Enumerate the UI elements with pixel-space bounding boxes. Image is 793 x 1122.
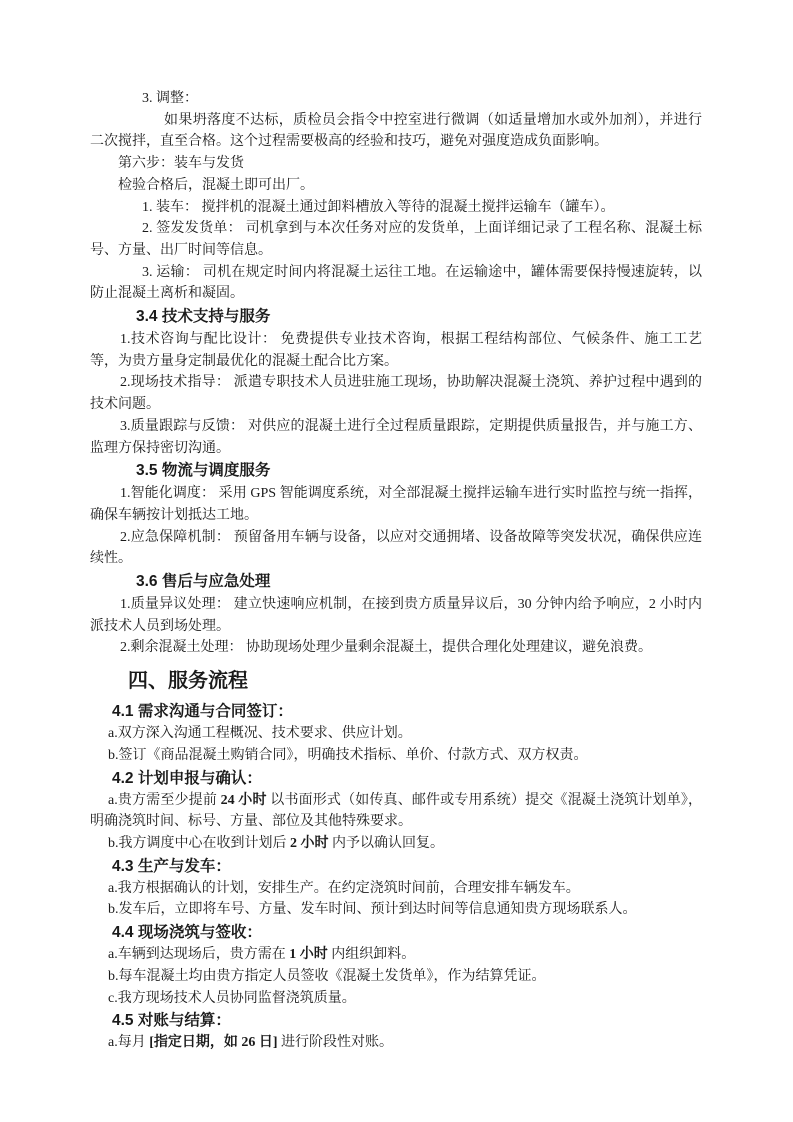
text-run: b.每车混凝土均由贵方指定人员签收《混凝土发货单》，作为结算凭证。 [108,969,546,984]
text-run: 3.质量跟踪与反馈： 对供应的混凝土进行全过程质量跟踪，定期提供质量报告，并与施… [90,419,702,456]
text-run: b.发车后，立即将车号、方量、发车时间、预计到达时间等信息通知贵方现场联系人。 [108,902,637,917]
text-run: c.我方现场技术人员协同监督浇筑质量。 [108,991,356,1006]
section-heading: 4.2 计划申报与确认： [90,767,702,790]
section-heading: 4.3 生产与发车： [90,855,702,878]
paragraph: 第六步：装车与发货 [90,153,702,175]
text-run: 2.现场技术指导： 派遣专职技术人员进驻施工现场，协助解决混凝土浇筑、养护过程中… [90,375,702,412]
paragraph: a.车辆到达现场后，贵方需在 1 小时 内组织卸料。 [90,944,702,966]
paragraph: 2.剩余混凝土处理： 协助现场处理少量剩余混凝土，提供合理化处理建议，避免浪费。 [90,637,702,659]
section-heading: 四、服务流程 [90,667,702,695]
paragraph: 检验合格后，混凝土即可出厂。 [90,175,702,197]
paragraph: a.每月 [指定日期，如 26 日] 进行阶段性对账。 [90,1032,702,1054]
paragraph: 1.质量异议处理： 建立快速响应机制，在接到贵方质量异议后，30 分钟内给予响应… [90,594,702,637]
text-run: 内予以确认回复。 [329,836,445,851]
text-run: 4.4 现场浇筑与签收： [112,924,262,941]
paragraph: 1.技术咨询与配比设计： 免费提供专业技术咨询，根据工程结构部位、气候条件、施工… [90,329,702,372]
paragraph: b.签订《商品混凝土购销合同》，明确技术指标、单价、付款方式、双方权责。 [90,745,702,767]
section-heading: 4.1 需求沟通与合同签订： [90,700,702,723]
emphasized-text-run: [指定日期，如 26 日] [149,1035,277,1050]
text-run: 1.智能化调度： 采用 GPS 智能调度系统，对全部混凝土搅拌运输车进行实时监控… [90,486,702,523]
text-run: b.签订《商品混凝土购销合同》，明确技术指标、单价、付款方式、双方权责。 [108,748,588,763]
paragraph: 3.质量跟踪与反馈： 对供应的混凝土进行全过程质量跟踪，定期提供质量报告，并与施… [90,416,702,459]
text-run: 4.1 需求沟通与合同签订： [112,703,293,720]
paragraph: 2. 签发发货单： 司机拿到与本次任务对应的发货单，上面详细记录了工程名称、混凝… [90,218,702,261]
section-heading: 3.6 售后与应急处理 [90,570,702,594]
text-run: a.双方深入沟通工程概况、技术要求、供应计划。 [108,726,412,741]
text-run: a.车辆到达现场后，贵方需在 [108,947,289,962]
text-run: 四、服务流程 [128,670,248,692]
section-heading: 4.5 对账与结算： [90,1009,702,1032]
paragraph: 1.智能化调度： 采用 GPS 智能调度系统，对全部混凝土搅拌运输车进行实时监控… [90,483,702,526]
emphasized-text-run: 1 小时 [289,947,328,962]
text-run: a.我方根据确认的计划，安排生产。在约定浇筑时间前，合理安排车辆发车。 [108,881,580,896]
paragraph: b.发车后，立即将车号、方量、发车时间、预计到达时间等信息通知贵方现场联系人。 [90,899,702,921]
text-run: 4.5 对账与结算： [112,1012,231,1029]
text-run: 检验合格后，混凝土即可出厂。 [118,178,314,193]
text-run: 1.技术咨询与配比设计： 免费提供专业技术咨询，根据工程结构部位、气候条件、施工… [90,332,702,369]
paragraph: 1. 装车： 搅拌机的混凝土通过卸料槽放入等待的混凝土搅拌运输车（罐车）。 [90,197,702,219]
text-run: 2.剩余混凝土处理： 协助现场处理少量剩余混凝土，提供合理化处理建议，避免浪费。 [120,640,652,655]
text-run: 内组织卸料。 [328,947,416,962]
text-run: 3.6 售后与应急处理 [136,573,270,590]
text-run: 1.质量异议处理： 建立快速响应机制，在接到贵方质量异议后，30 分钟内给予响应… [90,597,702,634]
emphasized-text-run: 24 小时 [221,793,267,808]
paragraph: 2.现场技术指导： 派遣专职技术人员进驻施工现场，协助解决混凝土浇筑、养护过程中… [90,372,702,415]
text-run: 4.2 计划申报与确认： [112,770,262,787]
text-run: 第六步：装车与发货 [118,156,244,171]
paragraph: 如果坍落度不达标，质检员会指令中控室进行微调（如适量增加水或外加剂），并进行二次… [90,110,702,153]
paragraph: a.双方深入沟通工程概况、技术要求、供应计划。 [90,723,702,745]
emphasized-text-run: 2 小时 [290,836,329,851]
text-run: 3. 运输： 司机在规定时间内将混凝土运往工地。在运输途中，罐体需要保持慢速旋转… [90,265,702,302]
section-heading: 4.4 现场浇筑与签收： [90,921,702,944]
text-run: 3. 调整： [142,91,198,106]
paragraph: c.我方现场技术人员协同监督浇筑质量。 [90,988,702,1010]
section-heading: 3.5 物流与调度服务 [90,459,702,483]
text-run: 3.4 技术支持与服务 [136,308,270,325]
paragraph: 3. 运输： 司机在规定时间内将混凝土运往工地。在运输途中，罐体需要保持慢速旋转… [90,262,702,305]
section-heading: 3.4 技术支持与服务 [90,305,702,329]
document-content: 3. 调整：如果坍落度不达标，质检员会指令中控室进行微调（如适量增加水或外加剂）… [90,88,702,1054]
paragraph: b.每车混凝土均由贵方指定人员签收《混凝土发货单》，作为结算凭证。 [90,966,702,988]
paragraph: b.我方调度中心在收到计划后 2 小时 内予以确认回复。 [90,833,702,855]
text-run: a.贵方需至少提前 [108,793,221,808]
text-run: 3.5 物流与调度服务 [136,462,270,479]
paragraph: 3. 调整： [90,88,702,110]
text-run: 2. 签发发货单： 司机拿到与本次任务对应的发货单，上面详细记录了工程名称、混凝… [90,221,702,258]
text-run: 2.应急保障机制： 预留备用车辆与设备，以应对交通拥堵、设备故障等突发状况，确保… [90,530,702,567]
text-run: 4.3 生产与发车： [112,858,231,875]
text-run: 进行阶段性对账。 [278,1035,394,1050]
paragraph: a.贵方需至少提前 24 小时 以书面形式（如传真、邮件或专用系统）提交《混凝土… [90,790,702,833]
text-run: a.每月 [108,1035,149,1050]
text-run: b.我方调度中心在收到计划后 [108,836,290,851]
document-page: 3. 调整：如果坍落度不达标，质检员会指令中控室进行微调（如适量增加水或外加剂）… [0,0,793,1122]
text-run: 如果坍落度不达标，质检员会指令中控室进行微调（如适量增加水或外加剂），并进行二次… [90,113,702,150]
paragraph: 2.应急保障机制： 预留备用车辆与设备，以应对交通拥堵、设备故障等突发状况，确保… [90,527,702,570]
text-run: 1. 装车： 搅拌机的混凝土通过卸料槽放入等待的混凝土搅拌运输车（罐车）。 [142,200,615,215]
paragraph: a.我方根据确认的计划，安排生产。在约定浇筑时间前，合理安排车辆发车。 [90,878,702,900]
